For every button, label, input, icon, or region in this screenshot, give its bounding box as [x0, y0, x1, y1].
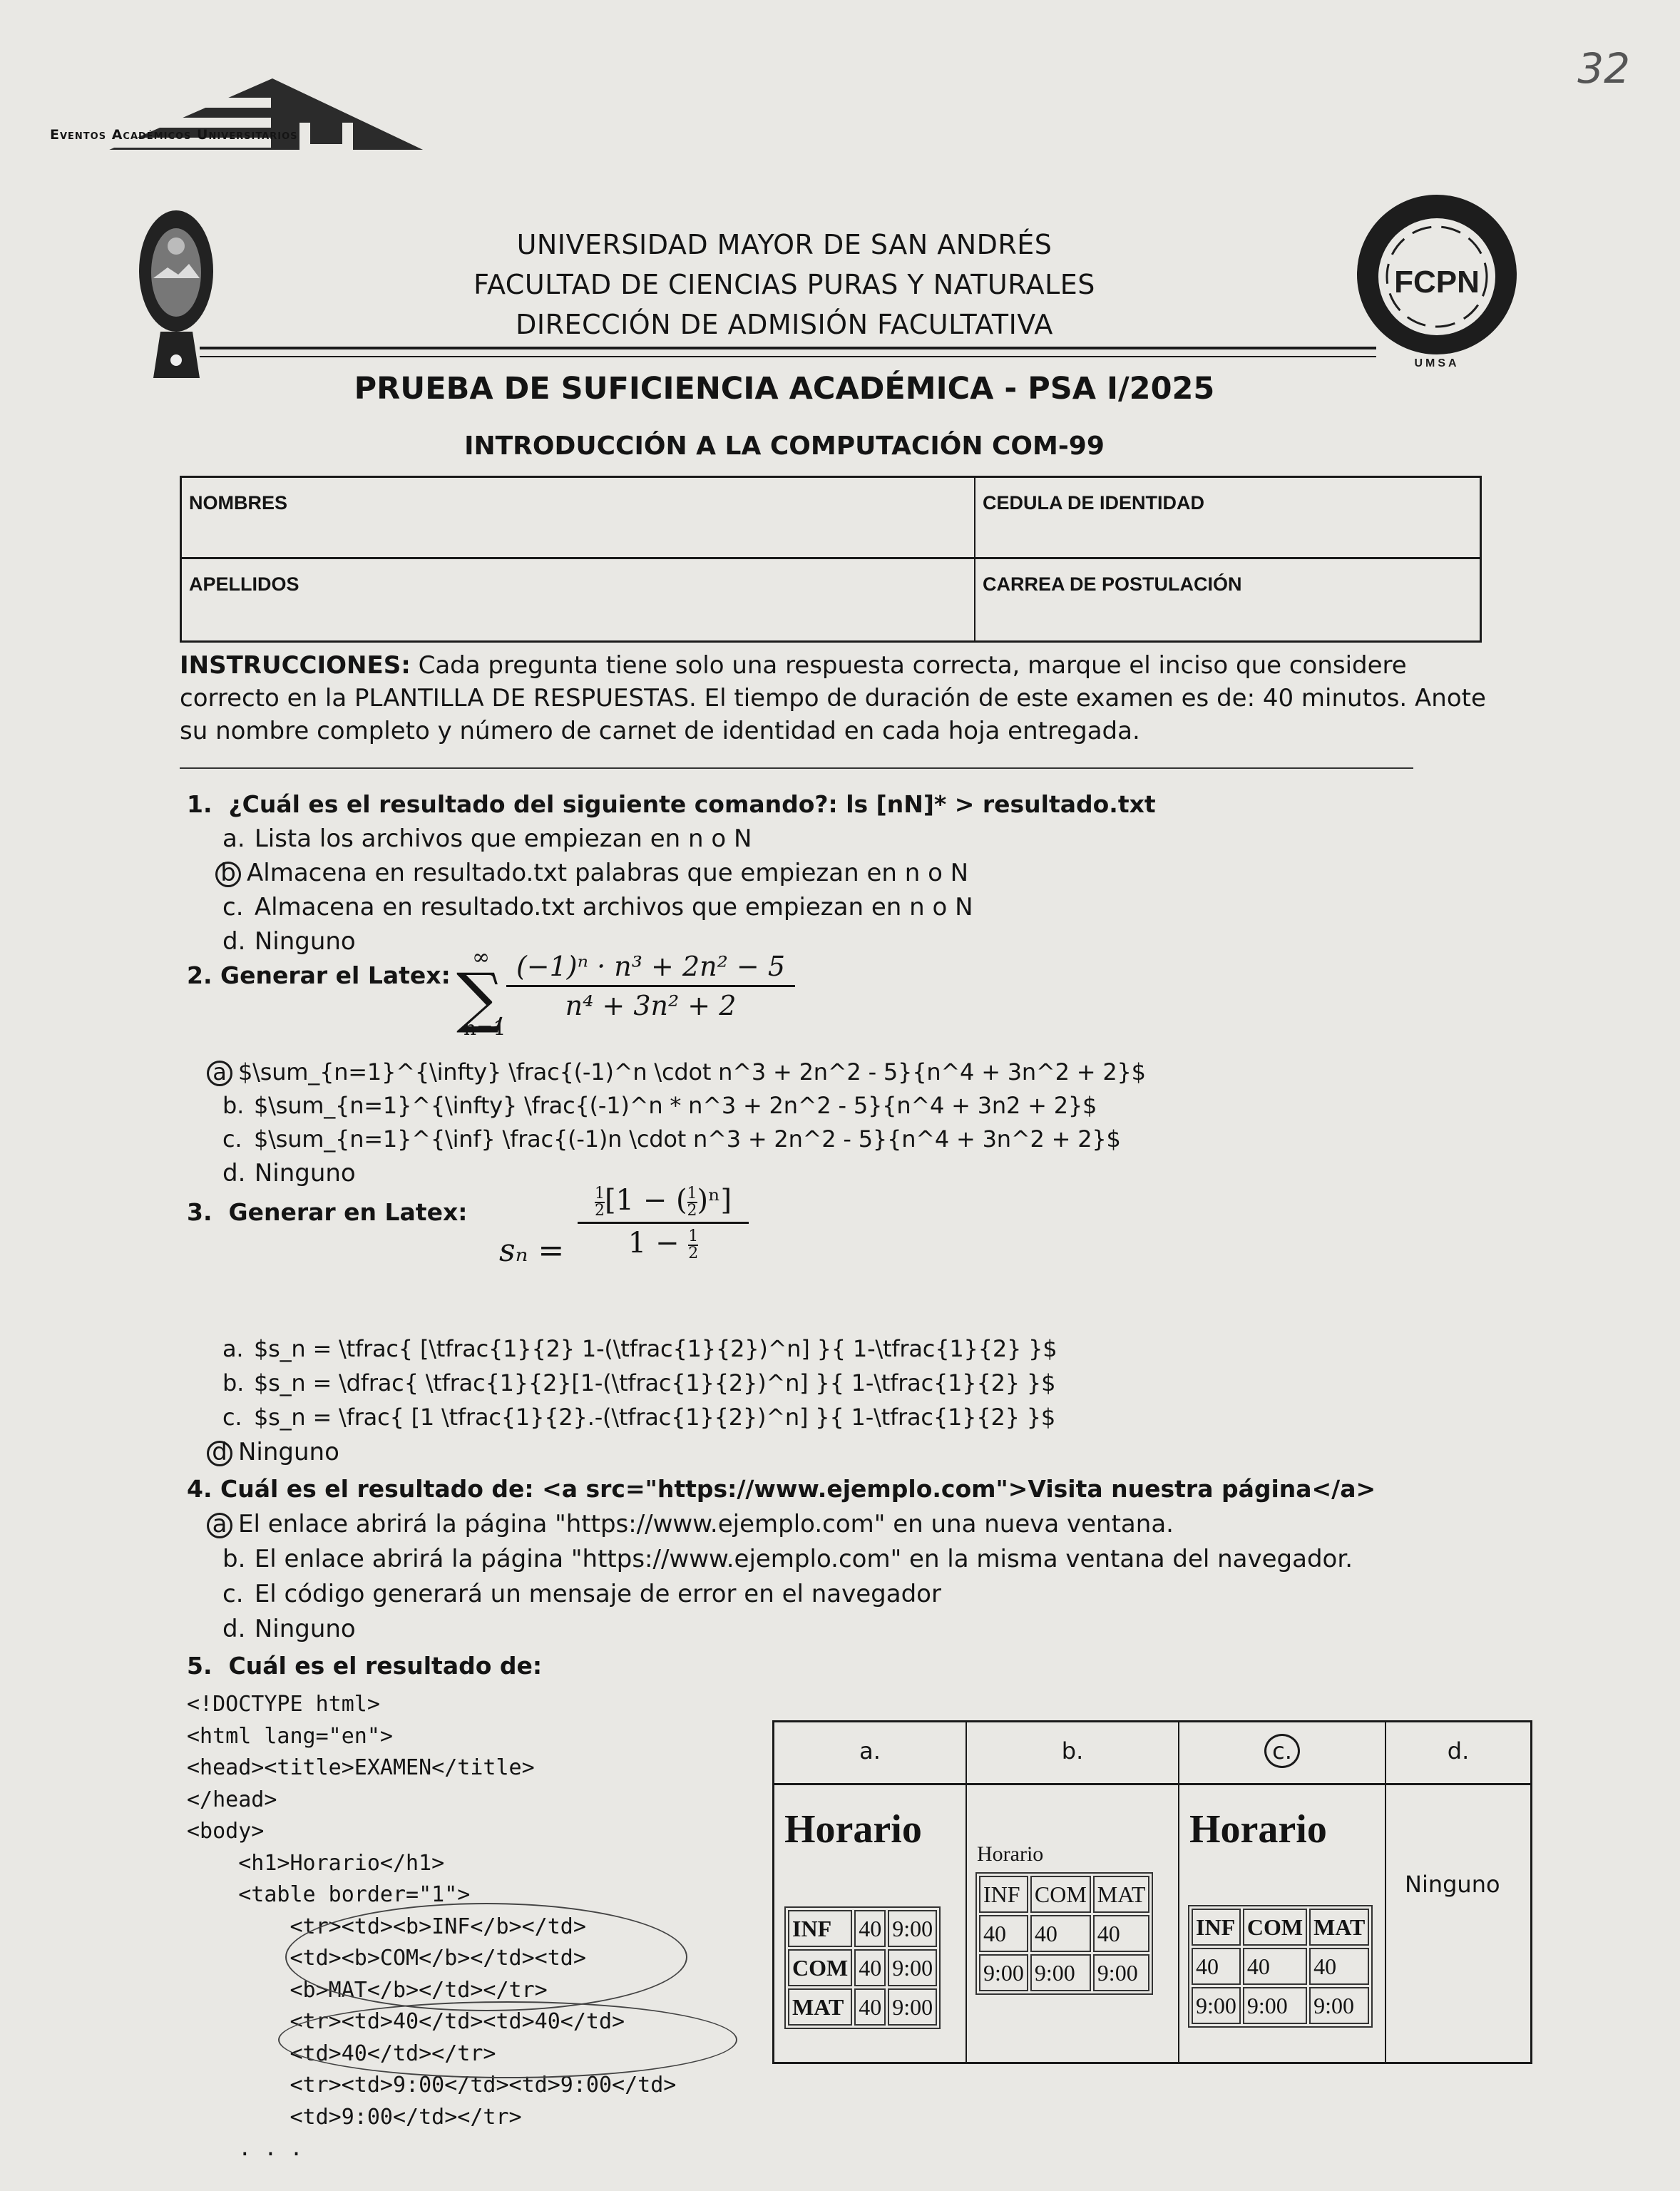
render-cell: 9:00 — [888, 1949, 937, 1986]
q2-option-b[interactable]: b. $\sum_{n=1}^{\infty} \frac{(-1)^n * n… — [222, 1092, 1097, 1119]
exam-subtitle: INTRODUCCIÓN A LA COMPUTACIÓN COM-99 — [214, 431, 1355, 461]
svg-text:FCPN: FCPN — [1394, 265, 1480, 300]
render-table-c: INFCOMMAT4040409:009:009:00 — [1188, 1905, 1373, 2028]
code-line: <tr><td><b>INF</b></td> — [187, 1911, 676, 1944]
render-cell: 9:00 — [1243, 1987, 1307, 2024]
q2-option-a[interactable]: a$\sum_{n=1}^{\infty} \frac{(-1)^n \cdot… — [214, 1058, 1146, 1086]
q3-option-b[interactable]: b. $s_n = \dfrac{ \tfrac{1}{2}[1-(\tfrac… — [222, 1369, 1055, 1396]
render-cell: COM — [788, 1949, 852, 1986]
q5-option-c-render[interactable]: Horario INFCOMMAT4040409:009:009:00 — [1179, 1785, 1386, 2062]
q1-option-c[interactable]: c. Almacena en resultado.txt archivos qu… — [222, 893, 973, 921]
exam-title: PRUEBA DE SUFICIENCIA ACADÉMICA - PSA I/… — [214, 371, 1355, 407]
q1-option-d[interactable]: d. Ninguno — [222, 927, 356, 956]
code-line: <b>MAT</b></td></tr> — [187, 1975, 676, 2007]
q5-option-b-header[interactable]: b. — [967, 1722, 1179, 1785]
render-table-a: INF409:00COM409:00MAT409:00 — [784, 1906, 941, 2029]
umsa-seal-icon — [135, 207, 217, 385]
code-line: <head><title>EXAMEN</title> — [187, 1752, 676, 1784]
render-cell: 9:00 — [1192, 1987, 1241, 2024]
institution-header: UNIVERSIDAD MAYOR DE SAN ANDRÉS FACULTAD… — [214, 225, 1355, 344]
render-cell: 9:00 — [888, 1910, 937, 1947]
question-5: 5. Cuál es el resultado de: — [187, 1652, 542, 1680]
code-line: <td>40</td></tr> — [187, 2038, 676, 2070]
render-cell: 40 — [1309, 1948, 1369, 1985]
surnames-field[interactable]: APELLIDOS — [182, 559, 975, 640]
q5-option-a-render[interactable]: Horario INF409:00COM409:00MAT409:00 — [774, 1785, 967, 2062]
names-field[interactable]: NOMBRES — [182, 478, 975, 559]
question-2: 2. Generar el Latex: — [187, 961, 451, 989]
code-line: <!DOCTYPE html> — [187, 1689, 676, 1721]
svg-text:UMSA: UMSA — [1414, 357, 1459, 369]
q3-option-a[interactable]: a. $s_n = \tfrac{ [\tfrac{1}{2} 1-(\tfra… — [222, 1335, 1057, 1362]
q1-option-a[interactable]: a. Lista los archivos que empiezan en n … — [222, 824, 752, 853]
render-table-b: INFCOMMAT4040409:009:009:00 — [975, 1872, 1153, 1995]
render-cell: 40 — [854, 1949, 886, 1986]
career-field[interactable]: CARREA DE POSTULACIÓN — [975, 559, 1480, 640]
header-divider-thin — [200, 356, 1376, 357]
code-line: . . . — [187, 2133, 676, 2165]
render-cell: MAT — [1093, 1876, 1150, 1913]
question-3: 3. Generar en Latex: — [187, 1198, 467, 1226]
render-cell: INF — [788, 1910, 852, 1947]
q5-option-a-header[interactable]: a. — [774, 1722, 967, 1785]
code-line: <td>9:00</td></tr> — [187, 2102, 676, 2134]
instructions: INSTRUCCIONES: Cada pregunta tiene solo … — [180, 649, 1499, 747]
q3-option-c[interactable]: c. $s_n = \frac{ [1 \tfrac{1}{2}.-(\tfra… — [222, 1404, 1055, 1431]
q4-option-d[interactable]: d. Ninguno — [222, 1615, 356, 1643]
exam-page: Eventos Académicos Universitarios 32 FCP… — [0, 0, 1680, 2191]
code-line: <html lang="en"> — [187, 1721, 676, 1753]
q5-option-d-render[interactable]: Ninguno — [1386, 1785, 1530, 2062]
q4-option-a[interactable]: aEl enlace abrirá la página "https://www… — [214, 1510, 1174, 1538]
render-cell: INF — [979, 1876, 1028, 1913]
eau-caption: Eventos Académicos Universitarios — [50, 127, 298, 143]
q4-option-c[interactable]: c. El código generará un mensaje de erro… — [222, 1580, 941, 1608]
code-line: </head> — [187, 1784, 676, 1817]
q3-option-d[interactable]: dNinguno — [214, 1438, 339, 1466]
handwritten-page-number: 32 — [1577, 44, 1630, 93]
render-cell: 9:00 — [1030, 1954, 1091, 1991]
q5-option-c-header[interactable]: c. — [1179, 1722, 1386, 1785]
render-cell: 40 — [1243, 1948, 1307, 1985]
question-4: 4. Cuál es el resultado de: <a src="http… — [187, 1475, 1376, 1503]
question-1: 1. ¿Cuál es el resultado del siguiente c… — [187, 790, 1156, 818]
render-cell: 40 — [1030, 1915, 1091, 1952]
code-line: <td><b>COM</b></td><td> — [187, 1943, 676, 1975]
render-cell: INF — [1192, 1909, 1241, 1946]
render-cell: 40 — [979, 1915, 1028, 1952]
q2-option-d[interactable]: d. Ninguno — [222, 1159, 356, 1188]
render-cell: 9:00 — [979, 1954, 1028, 1991]
render-cell: 40 — [1093, 1915, 1150, 1952]
code-line: <h1>Horario</h1> — [187, 1848, 676, 1880]
faculty-name: FACULTAD DE CIENCIAS PURAS Y NATURALES — [214, 265, 1355, 305]
code-line: <table border="1"> — [187, 1879, 676, 1911]
render-cell: MAT — [788, 1988, 852, 2026]
university-name: UNIVERSIDAD MAYOR DE SAN ANDRÉS — [214, 225, 1355, 265]
department-name: DIRECCIÓN DE ADMISIÓN FACULTATIVA — [214, 305, 1355, 344]
code-line: <tr><td>40</td><td>40</td> — [187, 2006, 676, 2038]
render-cell: 9:00 — [888, 1988, 937, 2026]
q2-option-c[interactable]: c. $\sum_{n=1}^{\inf} \frac{(-1)n \cdot … — [222, 1125, 1121, 1153]
q5-option-d-header[interactable]: d. — [1386, 1722, 1530, 1785]
fcpn-seal-icon: FCPN UMSA — [1348, 193, 1519, 371]
code-line: <body> — [187, 1816, 676, 1848]
render-cell: 40 — [1192, 1948, 1241, 1985]
q5-option-b-render[interactable]: Horario INFCOMMAT4040409:009:009:00 — [967, 1785, 1179, 2062]
render-cell: 40 — [854, 1988, 886, 2026]
code-line: <tr><td>9:00</td><td>9:00</td> — [187, 2070, 676, 2102]
render-cell: MAT — [1309, 1909, 1369, 1946]
render-cell: COM — [1243, 1909, 1307, 1946]
render-cell: 9:00 — [1093, 1954, 1150, 1991]
q4-option-b[interactable]: b. El enlace abrirá la página "https://w… — [222, 1545, 1353, 1573]
q1-option-b[interactable]: bAlmacena en resultado.txt palabras que … — [222, 859, 968, 887]
render-cell: 9:00 — [1309, 1987, 1369, 2024]
student-info-form: NOMBRES CEDULA DE IDENTIDAD APELLIDOS CA… — [180, 476, 1482, 643]
render-cell: COM — [1030, 1876, 1091, 1913]
render-cell: 40 — [854, 1910, 886, 1947]
id-card-field[interactable]: CEDULA DE IDENTIDAD — [975, 478, 1480, 559]
instructions-divider — [180, 767, 1413, 769]
q5-code-block: <!DOCTYPE html><html lang="en"><head><ti… — [187, 1689, 676, 2165]
header-divider — [200, 347, 1376, 349]
q5-answer-table: a. b. c. d. Horario INF409:00COM409:00MA… — [772, 1720, 1532, 2064]
